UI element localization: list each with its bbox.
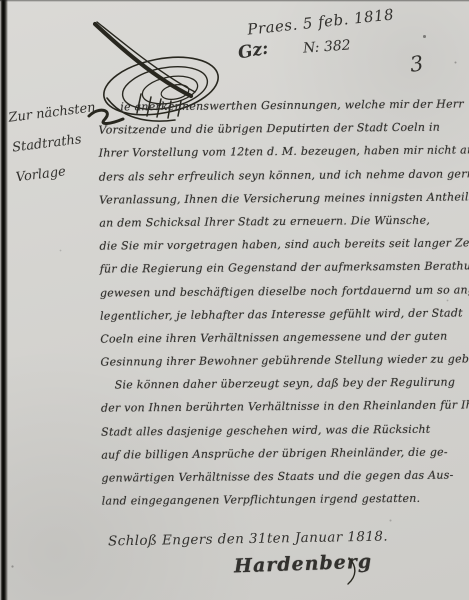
place-date-line: Schloß Engers den 31ten Januar 1818. <box>108 529 388 550</box>
manuscript-line: für die Regierung ein Gegenstand der auf… <box>100 255 466 281</box>
manuscript-line: Gesinnung ihrer Bewohner gebührende Stel… <box>100 347 466 373</box>
paper-specks <box>0 0 1 1</box>
manuscript-scan: Praes. 5 feb. 1818 Gz: N: 382 3 Zur näch… <box>0 0 469 600</box>
scan-top-edge <box>0 0 469 2</box>
manuscript-line: Sie können daher überzeugt seyn, daß bey… <box>101 371 467 397</box>
manuscript-line: Ihrer Vorstellung vom 12ten d. M. bezeug… <box>99 139 465 165</box>
manuscript-line: ie anerkennenswerthen Gesinnungen, welch… <box>98 92 464 118</box>
margin-note: Zur nächsten Stadtraths Vorlage <box>7 93 109 194</box>
signature-paraph-icon <box>345 556 359 590</box>
docket-number: N: 382 <box>302 37 351 56</box>
binding-edge <box>0 0 8 600</box>
manuscript-line: Stadt alles dasjenige geschehen wird, wa… <box>101 417 467 443</box>
manuscript-line: gewesen und beschäftigen dieselbe noch f… <box>100 278 466 304</box>
manuscript-line: die Sie mir vorgetragen haben, sind auch… <box>99 232 465 258</box>
manuscript-line: Coeln eine ihren Verhältnissen angemesse… <box>100 324 466 350</box>
letter-body: ie anerkennenswerthen Gesinnungen, welch… <box>98 92 468 513</box>
manuscript-line: ders als sehr erfreulich seyn können, un… <box>99 162 465 188</box>
page-number: 3 <box>408 51 425 77</box>
manuscript-line: Vorsitzende und die übrigen Deputirten d… <box>98 116 464 142</box>
manuscript-line: an dem Schicksal Ihrer Stadt zu erneuern… <box>99 208 465 234</box>
manuscript-line: der von Ihnen berührten Verhältnisse in … <box>101 394 467 420</box>
manuscript-line: legentlicher, je lebhafter das Interesse… <box>100 301 466 327</box>
received-date-note: Praes. 5 feb. 1818 <box>246 5 394 38</box>
manuscript-line: genwärtigen Verhältnisse des Staats und … <box>101 463 467 489</box>
manuscript-line: land eingegangenen Verpflichtungen irgen… <box>102 487 468 513</box>
manuscript-line: Veranlassung, Ihnen die Versicherung mei… <box>99 185 465 211</box>
manuscript-line: auf die billigen Ansprüche der übrigen R… <box>101 440 467 466</box>
